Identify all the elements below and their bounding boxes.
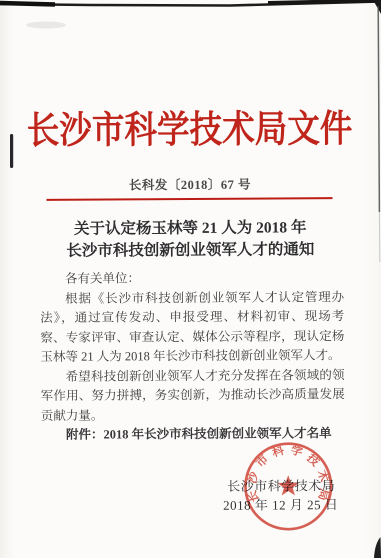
document-title-line-2: 长沙市科技创新创业领军人才的通知: [0, 239, 381, 263]
salutation: 各有关单位：: [40, 268, 344, 289]
red-divider-rule: [47, 197, 333, 201]
seal-arc-text: 长沙市科学技术局: [244, 442, 332, 504]
body-paragraph-2: 希望科技创新创业领军人才充分发挥在各领域的领军作用、努力拼搏，务实创新，为推动长…: [41, 366, 345, 426]
official-seal: 长沙市科学技术局: [232, 430, 345, 543]
red-letterhead-title: 长沙市科学技术局文件: [22, 97, 358, 154]
document-title: 关于认定杨玉林等 21 人为 2018 年 长沙市科技创新创业领军人才的通知: [0, 217, 381, 263]
body-paragraph-1: 根据《长沙市科技创新创业领军人才认定管理办法》，通过宣传发动、申报受理、材料初审…: [40, 288, 344, 368]
document-title-line-1: 关于认定杨玉林等 21 人为 2018 年: [0, 217, 381, 241]
document-number: 长科发〔2018〕67 号: [0, 174, 380, 194]
star-icon: [278, 475, 299, 495]
document-body: 各有关单位： 根据《长沙市科技创新创业领军人才认定管理办法》，通过宣传发动、申报…: [40, 268, 345, 445]
document-content: 长沙市科学技术局文件 长科发〔2018〕67 号 关于认定杨玉林等 21 人为 …: [0, 0, 381, 558]
scanned-document-page: 长沙市科学技术局文件 长科发〔2018〕67 号 关于认定杨玉林等 21 人为 …: [0, 0, 381, 558]
